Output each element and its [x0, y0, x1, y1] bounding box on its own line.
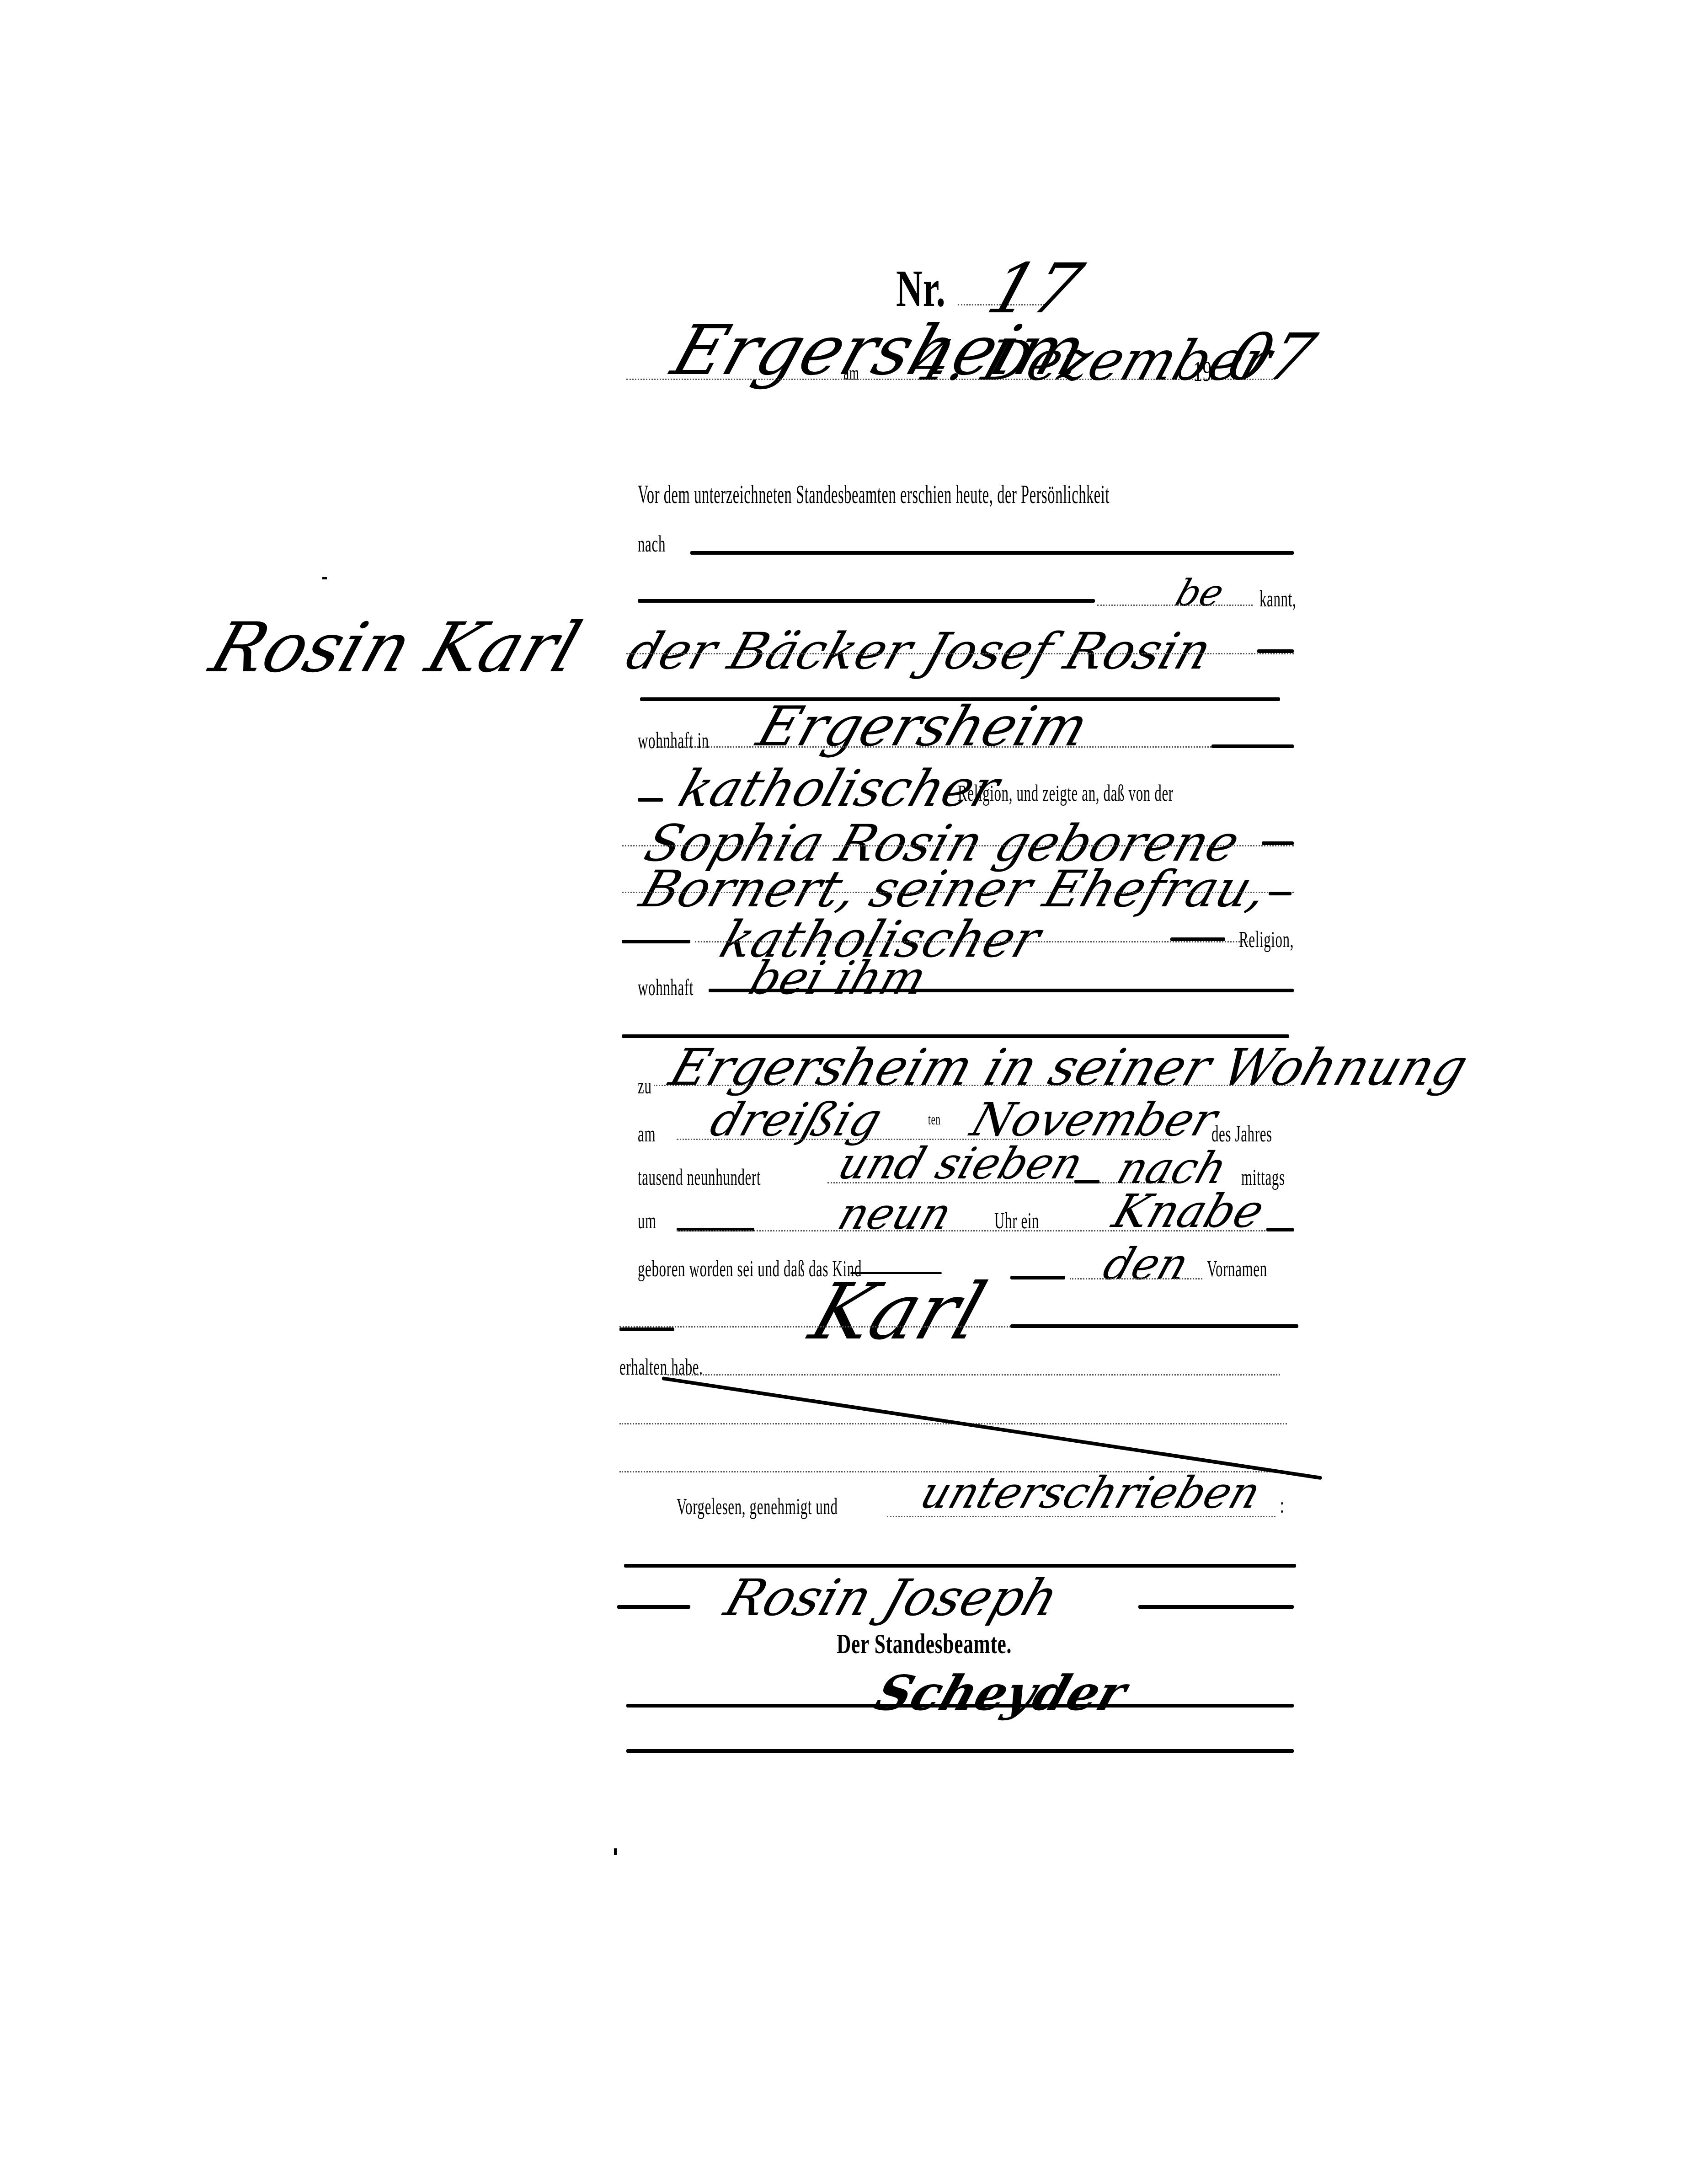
child-sex-handwritten: Knabe	[1106, 1184, 1271, 1238]
dash	[1262, 841, 1294, 845]
blank-line	[1010, 1324, 1298, 1328]
time-label: um	[638, 1207, 656, 1234]
dotted-line	[658, 746, 1294, 748]
birthplace-label: zu	[638, 1072, 652, 1099]
registrar-signature: Scheyder	[869, 1665, 1134, 1721]
residence-handwritten: Ergersheim	[750, 695, 1096, 759]
time-hour-handwritten: neun	[832, 1189, 958, 1239]
signature-line	[1138, 1605, 1294, 1609]
dotted-line	[622, 845, 1294, 846]
dotted-line	[622, 892, 1294, 893]
nr-label: Nr.	[896, 258, 946, 319]
speck	[614, 1848, 617, 1855]
year-handwritten: und sieben	[832, 1139, 1089, 1189]
dotted-line	[1097, 605, 1253, 606]
dotted-line	[667, 1374, 1280, 1376]
residence-label: wohnhaft in	[638, 727, 709, 754]
signature-line	[626, 1704, 1294, 1708]
dotted-line	[695, 941, 1248, 942]
blank-line	[1257, 649, 1294, 653]
read-label: Vorgelesen, genehmigt und	[677, 1493, 838, 1520]
dotted-line	[887, 1516, 1275, 1517]
dotted-line	[626, 653, 1294, 654]
date-label: am	[638, 1120, 656, 1147]
dash	[1266, 1228, 1294, 1231]
blank-line	[1170, 937, 1225, 941]
child-name-handwritten: Karl	[800, 1267, 996, 1357]
signature-line	[624, 1564, 1296, 1568]
informant-handwritten: der Bäcker Josef Rosin	[619, 622, 1219, 680]
blank-line	[709, 989, 1294, 992]
blank-line	[690, 551, 1294, 555]
void-stroke	[662, 1376, 1322, 1480]
blank-line	[622, 1034, 1289, 1038]
blank-line	[1211, 744, 1294, 748]
speck	[322, 577, 327, 579]
read-end: :	[1280, 1492, 1284, 1518]
blank-line	[619, 1328, 674, 1331]
year-prefix: 19	[1193, 354, 1212, 388]
kannt-label: kannt,	[1259, 585, 1296, 612]
name-label: Vornamen	[1207, 1255, 1267, 1282]
mother-residence-label: wohnhaft	[638, 974, 694, 1001]
date-day-suffix: ten	[928, 1111, 941, 1129]
mother-line2-handwritten: Bornert, seiner Ehefrau,	[633, 860, 1275, 918]
dash	[1269, 892, 1291, 895]
mother-residence-handwritten: bei ihm	[743, 951, 933, 1005]
dash	[638, 798, 663, 802]
intro-text: Vor dem unterzeichneten Standesbeamten e…	[638, 480, 1110, 509]
religion1-label: Religion, und zeigte an, daß von der	[958, 780, 1174, 806]
register-page: Rosin Karl Nr. 17 Ergersheim am 4. Dezem…	[0, 0, 1697, 2184]
bekannt-handwritten: be	[1170, 572, 1229, 614]
time-unit-label: Uhr ein	[994, 1207, 1039, 1234]
dotted-line	[654, 1085, 1294, 1086]
dash	[1074, 1180, 1099, 1183]
name-article-handwritten: den	[1097, 1239, 1195, 1290]
am-label: am	[843, 361, 859, 385]
blank-line	[638, 599, 1095, 603]
blank-line	[622, 940, 690, 943]
received-label: erhalten habe.	[619, 1354, 703, 1380]
margin-note: Rosin Karl	[201, 608, 590, 688]
signature-line	[626, 1749, 1294, 1753]
nach-label: nach	[638, 530, 666, 557]
blank-line	[1010, 1276, 1065, 1279]
registrar-title: Der Standesbeamte.	[837, 1628, 1012, 1660]
religion2-label: Religion,	[1239, 926, 1294, 953]
signature-line	[617, 1605, 690, 1609]
dotted-line	[1070, 1278, 1202, 1279]
birthplace-handwritten: Ergersheim in seiner Wohnung	[663, 1038, 1475, 1097]
read-handwritten: unterschrieben	[914, 1468, 1267, 1518]
religion1-handwritten: katholischer	[672, 759, 1007, 818]
year-label: tausend neunhundert	[638, 1164, 761, 1190]
informant-signature: Rosin Joseph	[718, 1568, 1066, 1627]
